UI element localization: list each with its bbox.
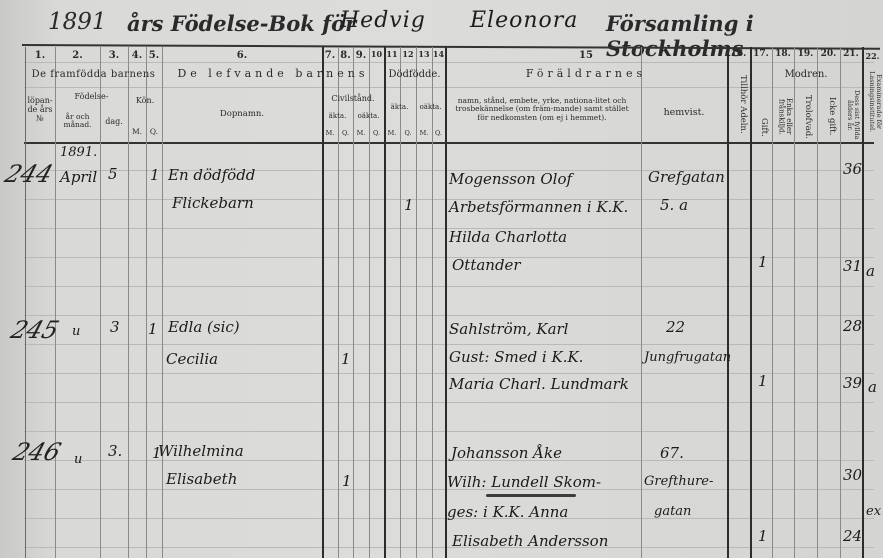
title-parish-handwritten-1: Hedvig: [340, 8, 426, 33]
stillborn-oakta-header: oäkta.: [416, 104, 445, 112]
record-note: ex: [866, 504, 881, 519]
record-name-line1: Wilhelmina: [158, 442, 244, 460]
record-residence-line1: Grefgatan: [648, 168, 725, 186]
trolofvad-header: Trolofvad.: [798, 93, 812, 140]
group-parents-header: Föräldrarnes: [445, 68, 727, 80]
col-number: 4.: [128, 50, 146, 61]
page-title: 1891 års Födelse-Bok för Hedvig Eleonora…: [0, 6, 883, 40]
record-number: 246: [9, 438, 64, 466]
column-line: [25, 47, 26, 558]
col-number: 12: [400, 50, 416, 59]
record-name-line2: Elisabeth: [166, 470, 237, 488]
enka-header: Enka eller frånskiljd.: [774, 93, 792, 140]
q-header: Q.: [400, 130, 416, 137]
record-father-line2: Arbetsförmannen i K.K.: [449, 198, 628, 216]
col-number: 22.: [862, 52, 883, 61]
parents-description-header: namn, stånd, embete, yrke, nationa-litet…: [452, 97, 632, 122]
record-father-line3: ges: i K.K. Anna: [447, 503, 568, 521]
col-number: 10: [369, 50, 384, 59]
stillborn-akta-header: äkta.: [384, 104, 415, 112]
record-father-line2: Gust: Smed i K.K.: [449, 348, 583, 366]
record-month: u: [72, 324, 80, 339]
record-residence-line3: gatan: [654, 504, 691, 519]
record-mother-gift: 1: [758, 527, 768, 545]
col-number: 16.: [727, 50, 750, 60]
record-day: 3: [110, 318, 120, 336]
icke-gift-header: Icke gift.: [822, 93, 836, 140]
q-header: Q.: [338, 130, 353, 137]
gift-header: Gift.: [754, 115, 768, 140]
col-number: 17.: [750, 50, 772, 60]
title-parish-handwritten-2: Eleonora: [470, 8, 578, 33]
col-number: 15: [445, 50, 727, 61]
m-header: M.: [353, 130, 369, 137]
record-residence-line2: Grefthure-: [644, 474, 713, 489]
q-header: Q.: [369, 130, 384, 137]
record-year-note: 1891.: [60, 145, 97, 160]
record-mother-age: 24: [843, 527, 862, 545]
fodelse-header: Födelse-: [55, 93, 128, 102]
record-mother-line1: Hilda Charlotta: [449, 228, 567, 246]
record-residence-line1: 67.: [660, 444, 684, 462]
record-father-age: 30: [843, 466, 862, 484]
record-civil-mark: 1: [342, 472, 352, 490]
record-sex-q: 1: [150, 166, 160, 184]
group-stillborn-header: Dödfödde.: [384, 69, 445, 80]
dag-header: dag.: [100, 118, 128, 127]
col-number: 8.: [338, 50, 353, 61]
col-number: 6.: [162, 50, 322, 61]
m-header: M.: [416, 130, 432, 137]
col-number: 21.: [840, 50, 862, 60]
record-mother-line1: Elisabeth Andersson: [452, 532, 608, 550]
group-living-header: De lefvande barnens: [162, 68, 384, 80]
group-mother-header: Modren.: [750, 69, 862, 80]
civilstand-header: Civilstånd.: [322, 95, 384, 104]
record-name-line1: Edla (sic): [168, 318, 240, 336]
record-residence-line2: Jungfrugatan: [644, 350, 731, 365]
record-civil-mark: 1: [341, 350, 351, 368]
dopnamn-header: Dopnamn.: [162, 110, 322, 119]
m-header: M.: [128, 128, 146, 136]
col-number: 5.: [146, 50, 162, 61]
group-born-header: De framfödda barnens: [25, 69, 162, 80]
col-number: 1.: [25, 50, 55, 61]
record-father-line1: Sahlström, Karl: [449, 320, 568, 338]
record-mother-age: 39: [843, 374, 862, 392]
hemvist-header: hemvist.: [641, 108, 727, 118]
record-sex-q: 1: [148, 320, 158, 338]
record-number: 244: [1, 160, 56, 188]
q-header: Q.: [146, 128, 162, 136]
col-number: 9.: [353, 50, 369, 61]
record-note: a: [866, 262, 875, 280]
record-month: April: [60, 168, 97, 186]
col-number: 7.: [322, 50, 338, 61]
record-note: a: [868, 378, 877, 396]
record-month: u: [74, 452, 82, 467]
examination-header: Examinerade för Lasningsinstitutel.: [864, 62, 882, 142]
q-header: Q.: [432, 130, 445, 137]
record-mother-line2: Ottander: [452, 256, 521, 274]
record-father-line2: Wilh: Lundell Skom-: [447, 473, 601, 491]
col-number: 11: [384, 50, 400, 59]
underline-mark: [486, 494, 576, 497]
col-number: 19.: [794, 50, 817, 60]
col-number: 18.: [772, 50, 794, 60]
record-name-line2: Cecilia: [166, 350, 218, 368]
record-mother-gift: 1: [758, 253, 768, 271]
record-mother-age: 31: [843, 257, 862, 275]
lopande-header: löpan-de års №: [25, 97, 55, 123]
dess-alder-header: Dess sist fyllda ålders år.: [842, 90, 860, 140]
title-prefix: års Födelse-Bok för: [127, 11, 356, 36]
oakta-header: oäkta.: [353, 113, 384, 121]
header-divider: [24, 62, 874, 63]
record-residence-line2: 5. a: [660, 196, 688, 214]
kon-header: Kön.: [128, 97, 162, 106]
tillhor-adeln-header: Tillhör Adeln.: [731, 68, 747, 140]
akta-header: äkta.: [322, 113, 353, 121]
ar-och-manad-header: år och månad.: [55, 113, 100, 130]
record-name-line1: En dödfödd: [168, 166, 255, 184]
record-father-age: 28: [843, 317, 862, 335]
title-year: 1891: [48, 9, 107, 35]
register-page: 1891 års Födelse-Bok för Hedvig Eleonora…: [0, 0, 883, 558]
col-number: 20.: [817, 50, 840, 60]
record-father-line1: Johansson Åke: [451, 444, 562, 462]
col-number: 14: [432, 50, 445, 59]
record-father-age: 36: [843, 160, 862, 178]
col-number: 2.: [55, 50, 100, 61]
record-residence-line1: 22: [666, 318, 685, 336]
record-father-line1: Mogensson Olof: [449, 170, 572, 188]
record-number: 245: [7, 316, 62, 344]
record-mother-gift: 1: [758, 372, 768, 390]
record-day: 3.: [108, 442, 122, 460]
col-number: 3.: [100, 50, 128, 61]
record-name-line2: Flickebarn: [172, 194, 254, 212]
m-header: M.: [384, 130, 400, 137]
record-stillborn-mark: 1: [404, 196, 414, 214]
m-header: M.: [322, 130, 338, 137]
header-bottom-rule: [24, 142, 874, 144]
record-day: 5: [108, 165, 118, 183]
record-mother-line1: Maria Charl. Lundmark: [449, 375, 629, 393]
col-number: 13: [416, 50, 432, 59]
